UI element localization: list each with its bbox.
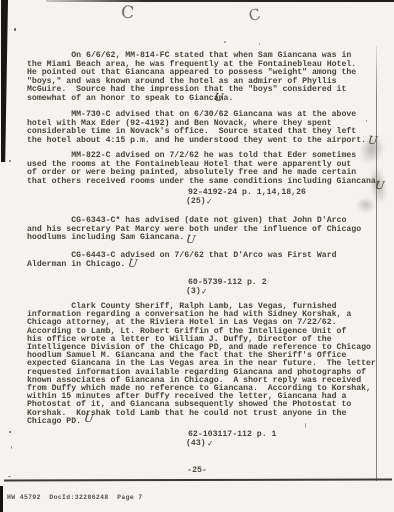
- handwritten-check-icon: U: [368, 136, 378, 147]
- handwritten-check-icon: U: [375, 181, 385, 192]
- registration-mark-icon: C: [247, 6, 262, 25]
- citation-check-icon: ✓: [207, 440, 215, 449]
- paragraph-mm-822-c: MM-822-C advised on 7/2/62 he was told t…: [27, 152, 381, 186]
- scan-speck: [9, 431, 11, 433]
- scan-artifact-left-black-bar: [1, 0, 8, 162]
- handwritten-check-icon: U: [128, 259, 138, 270]
- paragraph-clark-county-sheriff: Clark County Sheriff, Ralph Lamb, Las Ve…: [27, 303, 376, 426]
- scan-speck: [259, 43, 260, 45]
- handwritten-check-icon: U: [214, 93, 224, 104]
- scan-smudge: [356, 197, 376, 213]
- handwritten-check-icon: U: [186, 235, 196, 246]
- page-number: -25-: [0, 466, 394, 475]
- scan-artifact-bottom-separator-line: [4, 478, 392, 481]
- scan-artifact-bottom-left-bar: [0, 486, 3, 512]
- scan-speck: [9, 160, 11, 162]
- scanned-document-page: C C On 6/6/62, MM-814-FC stated that whe…: [0, 0, 394, 512]
- citation-check-icon: ✓: [206, 198, 214, 207]
- scan-artifact-right-edge-line: [376, 46, 377, 481]
- paragraph-mm-730-c: MM-730-C advised that on 6/30/62 Giancan…: [27, 111, 366, 145]
- document-footer-id: HW 45792 DocId:32286248 Page 7: [7, 494, 143, 501]
- scan-speck: [8, 476, 11, 477]
- citation-count: (3): [186, 288, 201, 297]
- scan-artifact-top-edge-line: [46, 0, 394, 2]
- scan-speck: [366, 120, 367, 122]
- handwritten-check-icon: U: [84, 414, 94, 425]
- citation-count: (25): [186, 198, 206, 207]
- citation-check-icon: ✓: [201, 288, 209, 297]
- scan-speck: [14, 28, 16, 31]
- citation-count: (43): [186, 440, 206, 449]
- paragraph-mm-814-fc: On 6/6/62, MM-814-FC stated that when Sa…: [27, 52, 356, 103]
- paragraph-cg-6443-c: CG-6443-C advised on 7/6/62 that D'Arco …: [27, 252, 337, 269]
- scan-speck: [11, 446, 12, 449]
- scan-speck: [224, 41, 226, 43]
- registration-mark-icon: C: [120, 5, 134, 23]
